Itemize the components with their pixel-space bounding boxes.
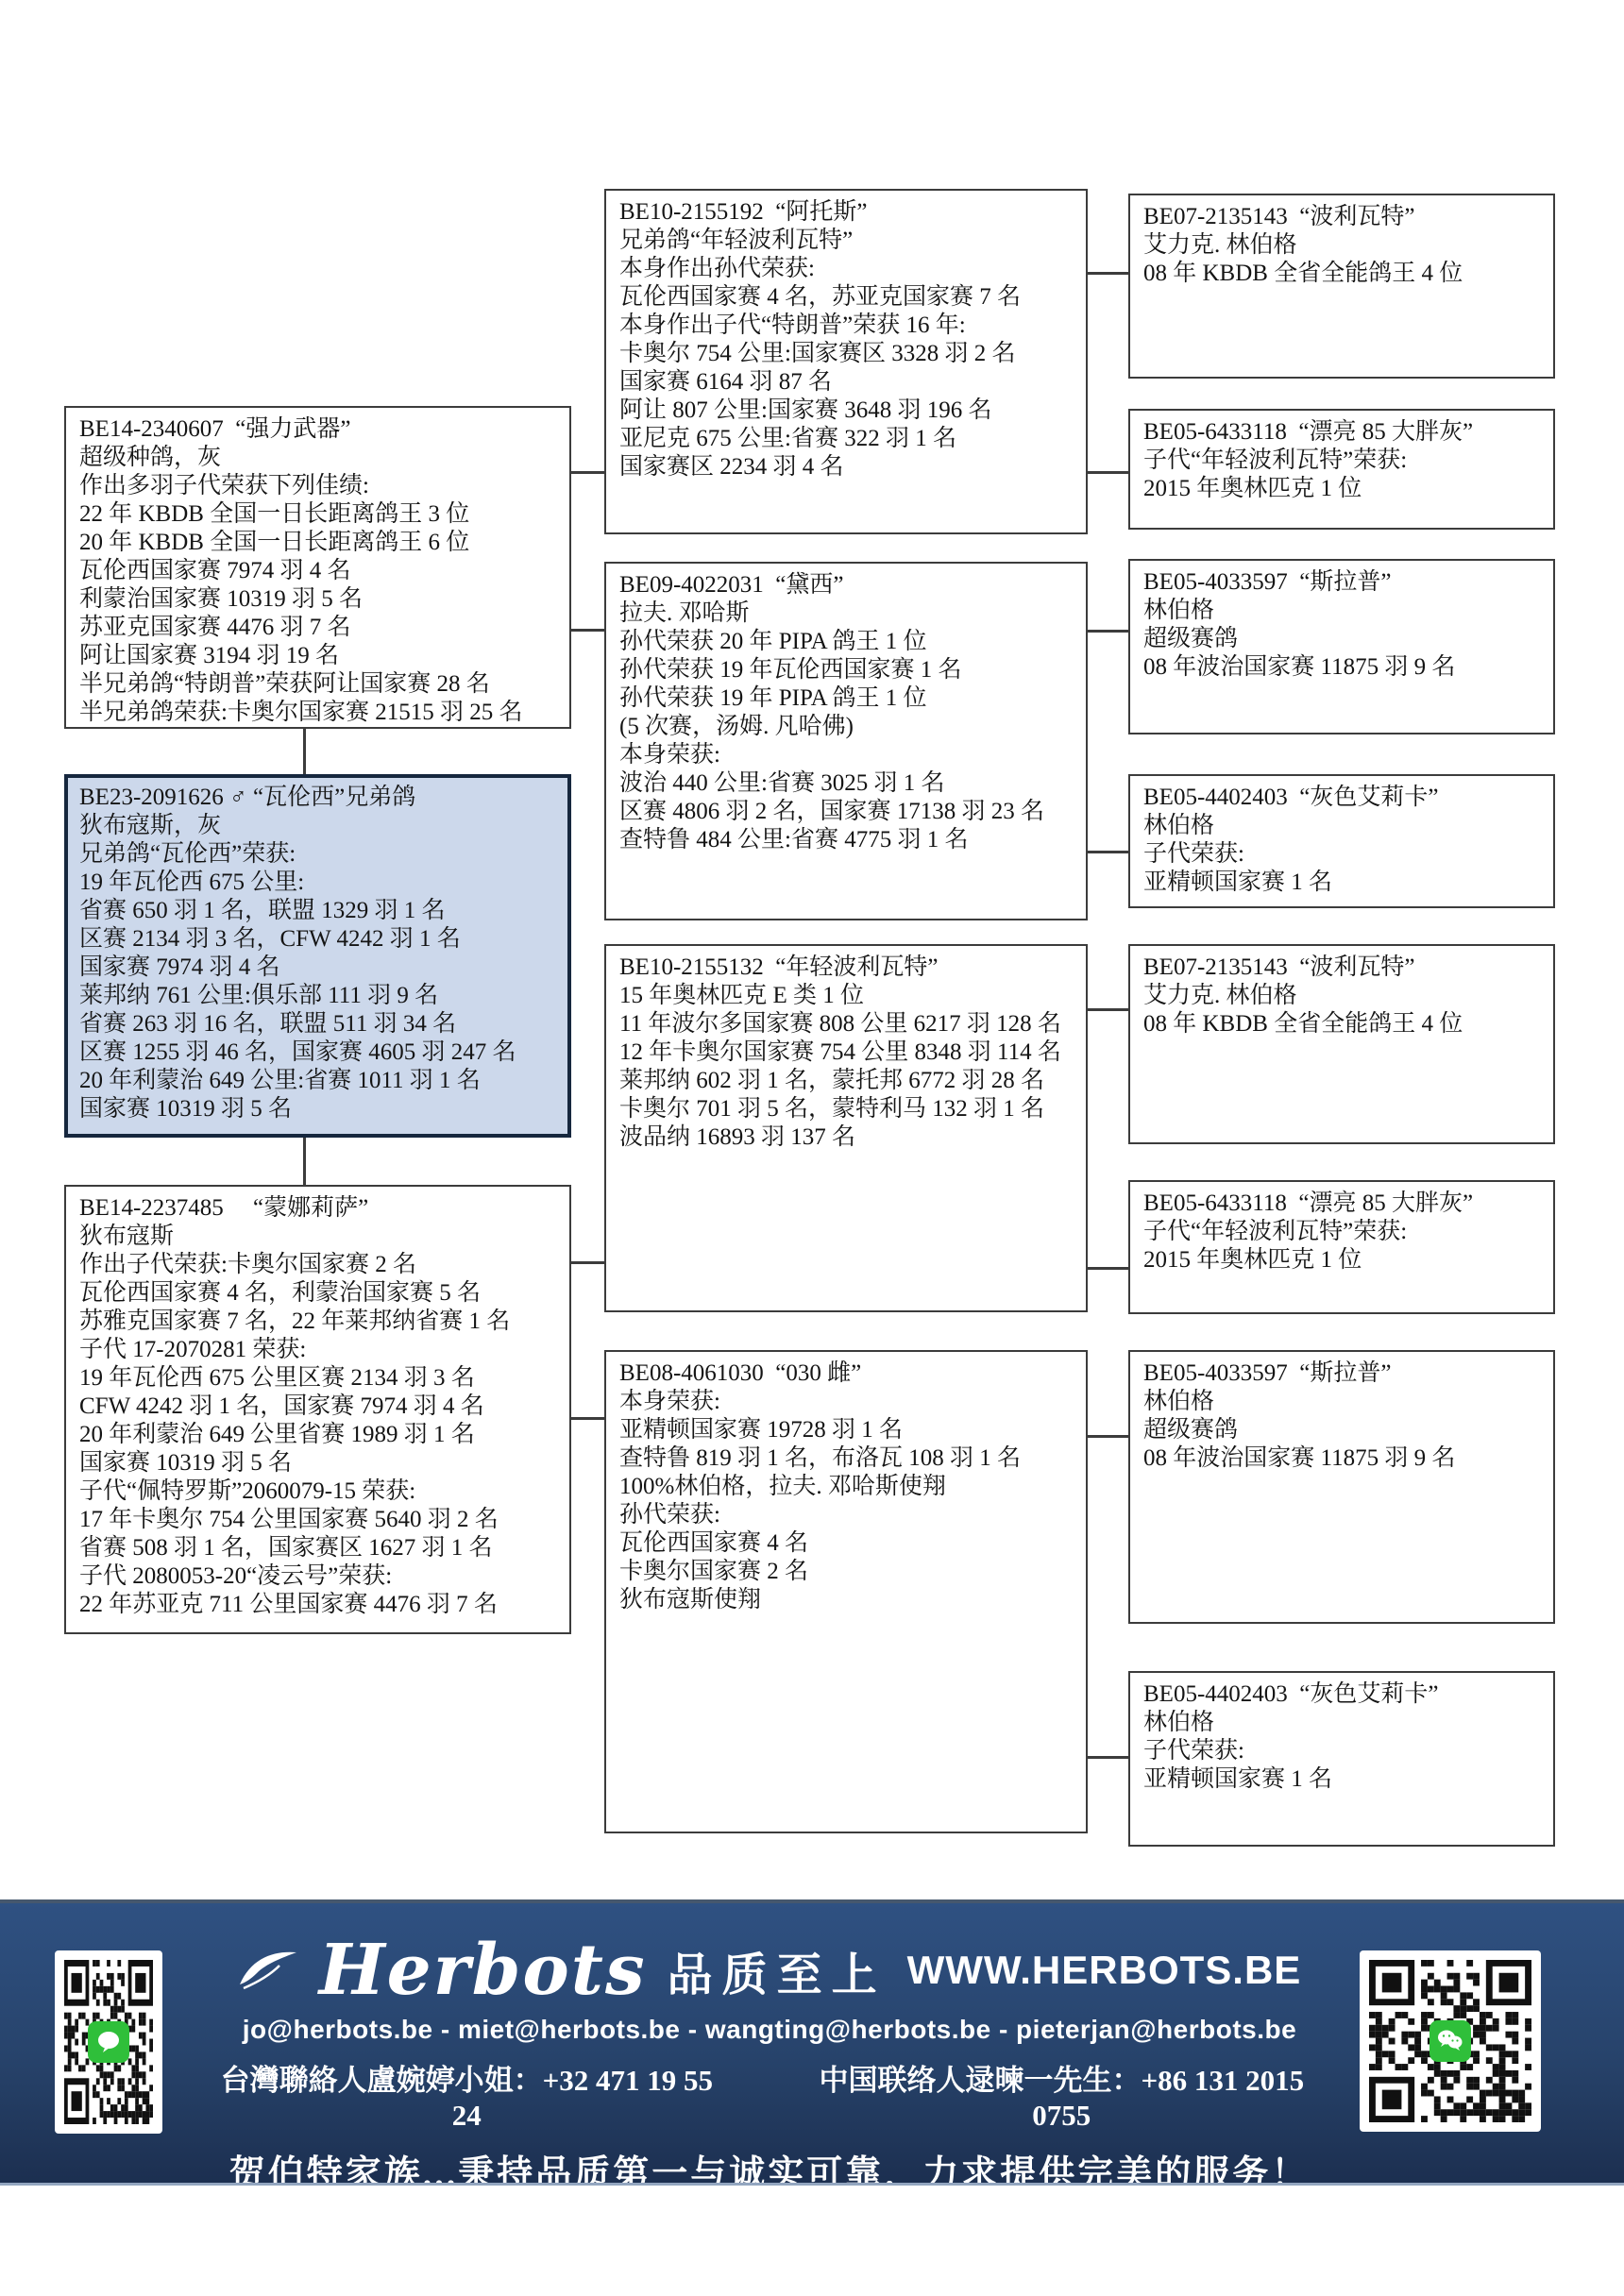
line-qr-code [55, 1950, 162, 2134]
wechat-qr-code [1360, 1950, 1541, 2132]
pedigree-box-grandparent-bolivar: BE07-2135143 “波利瓦特”艾力克. 林伯格08 年 KBDB 全省全… [1128, 194, 1555, 379]
connector [569, 629, 604, 632]
connector [569, 1261, 604, 1264]
pedigree-box-sire-dam: BE09-4022031 “黛西”拉夫. 邓哈斯孙代荣获 20 年 PIPA 鸽… [604, 562, 1088, 920]
wechat-icon [1429, 2020, 1471, 2062]
feather-icon [238, 1949, 298, 1992]
pedigree-box-subject: BE23-2091626 ♂ “瓦伦西”兄弟鸽狄布寇斯，灰兄弟鸽“瓦伦西”荣获:… [64, 774, 571, 1138]
website-url: WWW.HERBOTS.BE [907, 1948, 1302, 1993]
connector [1086, 851, 1128, 853]
connector [1086, 1008, 1128, 1011]
pedigree-box-grandparent-fat-blue: BE05-6433118 “漂亮 85 大胖灰”子代“年轻波利瓦特”荣获:201… [1128, 409, 1555, 530]
connector [1086, 272, 1128, 275]
connector [569, 471, 604, 474]
connector [1086, 1756, 1128, 1759]
pedigree-box-dam-dam: BE08-4061030 “030 雌”本身荣获:亚精顿国家赛 19728 羽 … [604, 1350, 1088, 1833]
pedigree-box-grandparent-bolivar-2: BE07-2135143 “波利瓦特”艾力克. 林伯格08 年 KBDB 全省全… [1128, 944, 1555, 1144]
connector [1086, 1435, 1128, 1438]
footer-content: Herbots 品质至上 WWW.HERBOTS.BE jo@herbots.b… [208, 1930, 1331, 2196]
pedigree-page: BE14-2340607 “强力武器”超级种鸽，灰作出多羽子代荣获下列佳绩:22… [0, 0, 1624, 2296]
contact-china: 中国联络人逯暕一先生：+86 131 2015 0755 [792, 2056, 1331, 2133]
connector [1086, 471, 1128, 474]
email-addresses: jo@herbots.be - miet@herbots.be - wangti… [208, 2015, 1331, 2045]
pedigree-box-grandparent-fat-blue-2: BE05-6433118 “漂亮 85 大胖灰”子代“年轻波利瓦特”荣获:201… [1128, 1180, 1555, 1314]
pedigree-box-sire: BE14-2340607 “强力武器”超级种鸽，灰作出多羽子代荣获下列佳绩:22… [64, 406, 571, 729]
pedigree-box-dam: BE14-2237485 “蒙娜莉萨”狄布寇斯作出子代荣获:卡奥尔国家赛 2 名… [64, 1185, 571, 1634]
contact-row: 台灣聯絡人盧婉婷小姐：+32 471 19 55 24 中国联络人逯暕一先生：+… [208, 2056, 1331, 2133]
line-icon [88, 2021, 129, 2063]
slogan-text: 贺伯特家族...秉持品质第一与诚实可靠，力求提供完美的服务！ [208, 2144, 1331, 2196]
connector [569, 1417, 604, 1420]
connector [303, 1138, 306, 1185]
brand-logo-text: Herbots [319, 1935, 647, 2005]
pedigree-box-grandparent-erika: BE05-4402403 “灰色艾莉卡”林伯格子代荣获:亚精顿国家赛 1 名 [1128, 774, 1555, 908]
pedigree-box-sire-sire: BE10-2155192 “阿托斯”兄弟鸽“年轻波利瓦特”本身作出孙代荣获:瓦伦… [604, 189, 1088, 534]
pedigree-box-dam-sire: BE10-2155132 “年轻波利瓦特”15 年奥林匹克 E 类 1 位11 … [604, 944, 1088, 1312]
brand-row: Herbots 品质至上 WWW.HERBOTS.BE [208, 1930, 1331, 2011]
contact-taiwan: 台灣聯絡人盧婉婷小姐：+32 471 19 55 24 [208, 2056, 726, 2133]
pedigree-box-grandparent-slape-2: BE05-4033597 “斯拉普”林伯格超级赛鸽08 年波治国家赛 11875… [1128, 1350, 1555, 1624]
footer-banner: Herbots 品质至上 WWW.HERBOTS.BE jo@herbots.b… [0, 1899, 1624, 2183]
pedigree-box-grandparent-slape: BE05-4033597 “斯拉普”林伯格超级赛鸽08 年波治国家赛 11875… [1128, 559, 1555, 734]
connector [1086, 630, 1128, 633]
connector [303, 729, 306, 774]
pedigree-box-grandparent-erika-2: BE05-4402403 “灰色艾莉卡”林伯格子代荣获:亚精顿国家赛 1 名 [1128, 1671, 1555, 1847]
brand-tagline: 品质至上 [668, 1938, 887, 2003]
connector [1086, 1267, 1128, 1270]
